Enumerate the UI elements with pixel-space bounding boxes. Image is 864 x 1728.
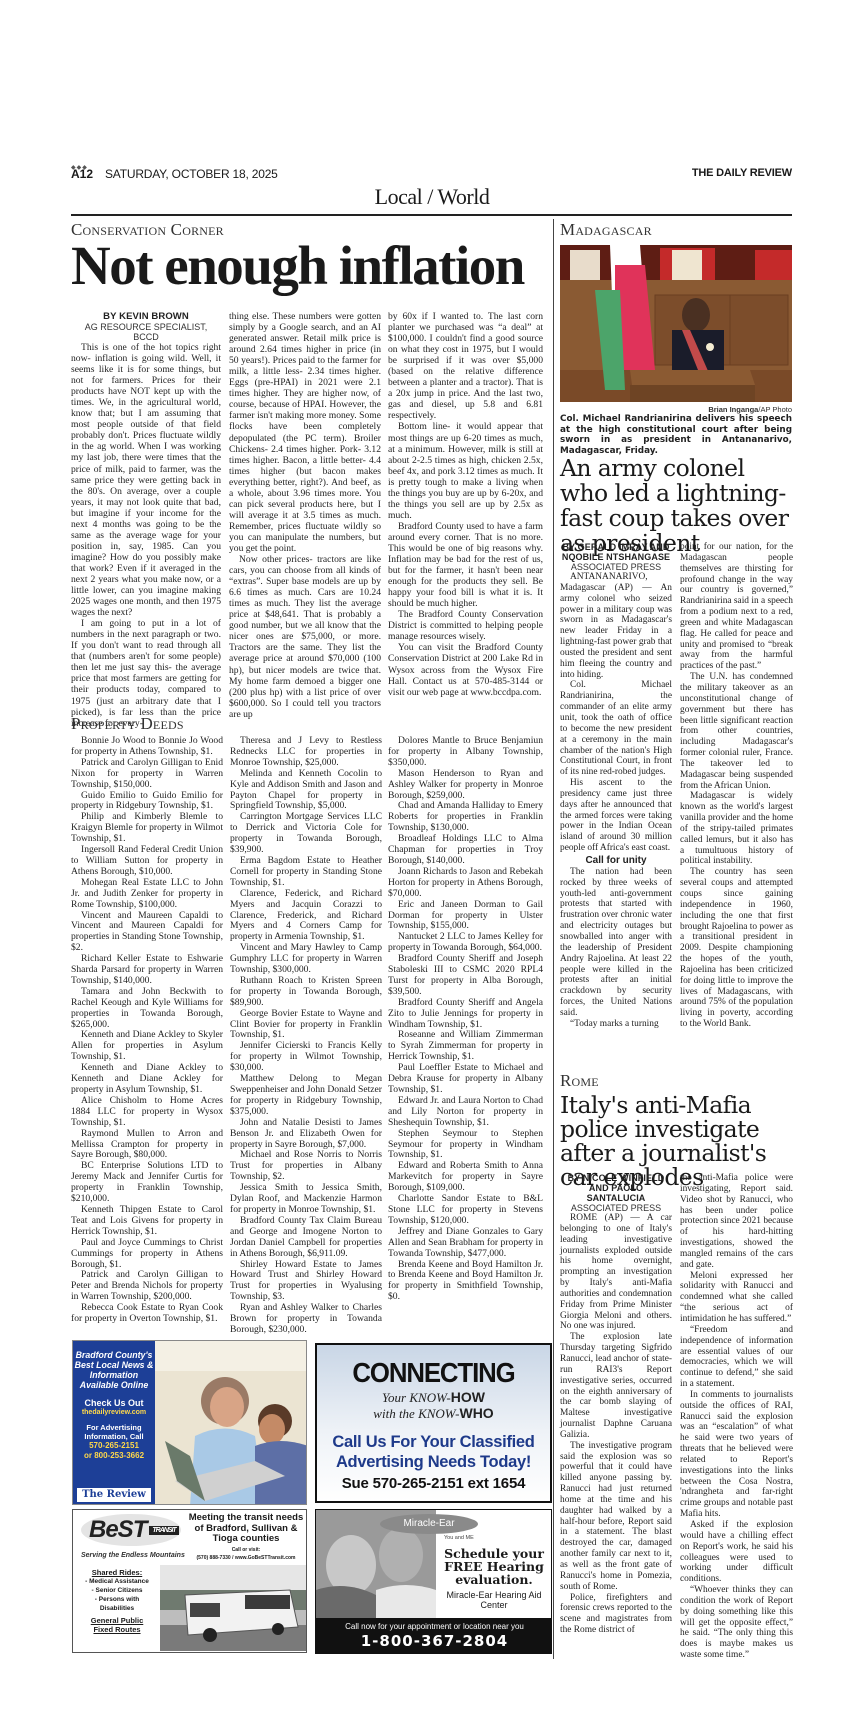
best-shared-rides: Shared Rides: - Medical Assistance - Sen… [77, 1568, 157, 1634]
ad-best-transit[interactable]: BeSTTRANSIT Serving the Endless Mountain… [72, 1509, 307, 1653]
deeds-column-2: Theresa and J Levy to Restless Rednecks … [230, 736, 382, 1336]
paragraph: by 60x if I wanted to. The last corn pla… [388, 311, 543, 421]
byline: BY KEVIN BROWN [71, 311, 221, 322]
paragraph: “Whoever thinks they can condition the w… [680, 1585, 793, 1661]
deed-entry: Rebecca Cook Estate to Ryan Cook for pro… [71, 1303, 223, 1325]
deed-entry: Theresa and J Levy to Restless Rednecks … [230, 736, 382, 769]
miracle-ear-tag: You and ME [444, 1535, 474, 1541]
paragraph: point for our nation, for the Madagascan… [680, 542, 793, 672]
article-column-3: by 60x if I wanted to. The last corn pla… [388, 311, 543, 698]
column-divider [553, 219, 554, 1659]
deed-entry: Eric and Janeen Dorman to Gail Dorman fo… [388, 900, 543, 933]
deed-entry: Jennifer Cicierski to Francis Kelly for … [230, 1041, 382, 1074]
deed-entry: George Bovier Estate to Wayne and Clint … [230, 1009, 382, 1042]
miracle-ear-call-bar: Call now for your appointment or locatio… [316, 1618, 552, 1654]
paragraph: The U.N. has condemned the military take… [680, 672, 793, 791]
rome-column-2: the anti-Mafia police were investigating… [680, 1173, 793, 1661]
miracle-ear-phone[interactable]: 1-800-367-2804 [316, 1632, 552, 1650]
best-transit-logo: BeSTTRANSIT [81, 1514, 181, 1546]
section-title: Local / World [0, 184, 864, 210]
miracle-ear-call-text: Call now for your appointment or locatio… [316, 1622, 552, 1631]
deed-entry: Guido Emilio to Guido Emilio for propert… [71, 791, 223, 813]
headline-not-enough-inflation: Not enough inflation [71, 238, 524, 293]
deed-entry: Chad and Amanda Halliday to Emery Robert… [388, 801, 543, 834]
ad-review-info-panel: Bradford County's Best Local News & Info… [73, 1341, 155, 1505]
paragraph: Bradford County used to have a farm arou… [388, 521, 543, 609]
deed-entry: Kenneth and Diane Ackley to Skyler Allen… [71, 1030, 223, 1063]
news-photo-colonel-speech [560, 245, 792, 402]
deed-entry: Bradford County Sheriff and Joseph Stabo… [388, 954, 543, 998]
paragraph: Bottom line- it would appear that most t… [388, 421, 543, 520]
deed-entry: John and Natalie Desisti to James Benson… [230, 1118, 382, 1151]
deed-entry: Melinda and Kenneth Cocolin to Kyle and … [230, 769, 382, 813]
deed-entry: Shirley Howard Estate to James Howard Tr… [230, 1260, 382, 1304]
ad-review-check: Check Us Out [73, 1398, 155, 1408]
deed-entry: Charlotte Sandor Estate to B&L Stone LLC… [388, 1194, 543, 1227]
deed-entry: Ingersoll Rand Federal Credit Union to W… [71, 845, 223, 878]
best-bus-photo [160, 1565, 306, 1651]
paragraph: This is one of the hot topics right now-… [71, 342, 221, 618]
ad-connect-call-to-action: Call Us For Your Classified Advertising … [317, 1432, 550, 1472]
deed-entry: Vincent and Mary Hawley to Camp Gumphry … [230, 943, 382, 976]
miracle-ear-logo: Miracle-Ear [380, 1514, 478, 1534]
paragraph: You can visit the Bradford County Conser… [388, 642, 543, 697]
paragraph: the anti-Mafia police were investigating… [680, 1173, 793, 1271]
ad-miracle-ear[interactable]: Miracle-Ear You and ME Schedule your FRE… [315, 1509, 552, 1654]
issue-date: SATURDAY, OCTOBER 18, 2025 [105, 167, 278, 181]
deed-entry: Roseanne and William Zimmerman to Syrah … [388, 1030, 543, 1063]
byline-org: ASSOCIATED PRESS [560, 1203, 672, 1213]
paragraph: “Freedom and independence of information… [680, 1325, 793, 1390]
paragraph: The investigative program said the explo… [560, 1441, 672, 1593]
deed-entry: Edward and Roberta Smith to Anna Markevi… [388, 1161, 543, 1194]
deed-entry: Raymond Mullen to Arron and Mellissa Cra… [71, 1129, 223, 1162]
miracle-ear-center: Miracle-Ear Hearing Aid Center [436, 1590, 552, 1610]
ad-review-advertising: For Advertising Information, Call [73, 1423, 155, 1441]
deed-entry: Mohegan Real Estate LLC to John Jr. and … [71, 878, 223, 911]
paragraph: thing else. These numbers were gotten si… [229, 311, 381, 554]
kicker-madagascar: Madagascar [560, 220, 652, 240]
paragraph: I am going to put in a lot of numbers in… [71, 618, 221, 728]
paragraph: The country has seen several coups and a… [680, 867, 793, 1030]
paper-name: THE DAILY REVIEW [692, 167, 792, 179]
paragraph: The explosion late Thursday targeting Si… [560, 1332, 672, 1440]
best-call-visit: Call or visit: [185, 1547, 307, 1553]
deed-entry: Patrick and Carolyn Gilligan to Enid Nix… [71, 758, 223, 791]
ad-review-phone-1: 570-265-2151 [73, 1441, 155, 1451]
deed-entry: Tamara and John Beckwith to Rachel Keoug… [71, 987, 223, 1031]
deed-entry: Bradford County Tax Claim Bureau and Geo… [230, 1216, 382, 1260]
headline-madagascar: An army colonel who led a lightning-fast… [560, 456, 796, 556]
deed-entry: Joann Richards to Jason and Rebekah Hort… [388, 867, 543, 900]
deed-entry: Carrington Mortgage Services LLC to Derr… [230, 812, 382, 856]
deed-entry: Philip and Kimberly Blemle to Kraigyn Bl… [71, 812, 223, 845]
deeds-column-3: Dolores Mantle to Bruce Benjamiun for pr… [388, 736, 543, 1303]
deed-entry: Clarence, Federick, and Richard Myers an… [230, 889, 382, 944]
deed-entry: Broadleaf Holdings LLC to Alma Chapman f… [388, 834, 543, 867]
deed-entry: Ryan and Ashley Walker to Charles Brown … [230, 1303, 382, 1336]
deed-entry: Jessica Smith to Jessica Smith, Dylan Ro… [230, 1183, 382, 1216]
deeds-column-1: Bonnie Jo Wood to Bonnie Jo Wood for pro… [71, 736, 223, 1325]
deed-entry: Paul and Joyce Cummings to Christ Cummin… [71, 1238, 223, 1271]
deed-entry: Ruthann Roach to Kristen Spreen for prop… [230, 976, 382, 1009]
ad-connect-knowhow: Your KNOW-HOW with the KNOW-WHO [317, 1389, 550, 1421]
madagascar-column-2: point for our nation, for the Madagascan… [680, 542, 793, 1030]
paragraph: Asked if the explosion would have a chil… [680, 1520, 793, 1585]
best-contact[interactable]: (570) 888-7330 / www.GoBeSTTransit.com [185, 1555, 307, 1561]
paragraph: Col. Michael Randrianirina, the commande… [560, 680, 672, 778]
header-rule [71, 214, 792, 216]
article-column-2: thing else. These numbers were gotten si… [229, 311, 381, 720]
paragraph: His ascent to the presidency came just t… [560, 778, 672, 854]
deed-entry: Richard Keller Estate to Eshwarie Sharda… [71, 954, 223, 987]
deed-entry: Edward Jr. and Laura Norton to Chad and … [388, 1096, 543, 1129]
ad-review-phone-2: or 800-253-3662 [73, 1451, 155, 1461]
best-serving: Serving the Endless Mountains [81, 1552, 185, 1559]
the-review-logo: The Review [77, 1488, 151, 1502]
deed-entry: Michael and Rose Norris to Norris Trust … [230, 1150, 382, 1183]
kicker-rome: Rome [560, 1071, 599, 1091]
paragraph: The Bradford County Conservation Distric… [388, 609, 543, 642]
deed-entry: Alice Chisholm to Home Acres 1884 LLC fo… [71, 1096, 223, 1129]
paragraph: ANTANANARIVO, Madagascar (AP) — An army … [560, 572, 672, 680]
ad-review-url[interactable]: thedailyreview.com [73, 1409, 155, 1416]
subhead-call-for-unity: Call for unity [560, 855, 672, 866]
ad-daily-review[interactable]: Bradford County's Best Local News & Info… [72, 1340, 307, 1505]
deed-entry: Patrick and Carolyn Gilligan to Peter an… [71, 1270, 223, 1303]
ad-connect-title: CONNECTING [326, 1357, 540, 1389]
byline-org: ASSOCIATED PRESS [560, 562, 672, 572]
deed-entry: Dolores Mantle to Bruce Benjamiun for pr… [388, 736, 543, 769]
deed-entry: Kenneth and Diane Ackley to Kenneth and … [71, 1063, 223, 1096]
kicker-property-deeds: Property Deeds [71, 714, 184, 734]
paragraph: “Today marks a turning [560, 1019, 672, 1030]
photo-caption: Col. Michael Randrianirina delivers his … [560, 414, 792, 456]
deed-entry: Mason Henderson to Ryan and Ashley Walke… [388, 769, 543, 802]
paragraph: Meloni expressed her solidarity with Ran… [680, 1271, 793, 1325]
deed-entry: Paul Loeffler Estate to Michael and Debr… [388, 1063, 543, 1096]
deed-entry: Nantucket 2 LLC to James Kelley for prop… [388, 932, 543, 954]
deed-entry: Bonnie Jo Wood to Bonnie Jo Wood for pro… [71, 736, 223, 758]
best-headline: Meeting the transit needs of Bradford, S… [185, 1513, 307, 1545]
article-column-1: BY KEVIN BROWN AG RESOURCE SPECIALIST, B… [71, 311, 221, 729]
photo-credit: Brian Inganga/AP Photo [560, 405, 792, 414]
deed-entry: Matthew Delong to Megan Sweppenheiser an… [230, 1074, 382, 1118]
deed-entry: Stephen Seymour to Stephen Seymour for p… [388, 1129, 543, 1162]
ad-review-photo-grandmother-laptop [155, 1341, 307, 1505]
paragraph: ROME (AP) — A car belonging to one of It… [560, 1213, 672, 1332]
paragraph: The nation had been rocked by three week… [560, 867, 672, 1019]
ad-connecting-classifieds[interactable]: CONNECTING Your KNOW-HOW with the KNOW-W… [315, 1343, 552, 1503]
miracle-ear-schedule: Schedule your FREE Hearing evaluation. [436, 1547, 552, 1586]
byline: BY GERALD IMRAY AND NQOBILE NTSHANGASE [560, 542, 672, 562]
rome-column-1: BY NICOLE WINFIELD AND PAOLO SANTALUCIA … [560, 1173, 672, 1636]
deed-entry: Bradford County Sheriff and Angela Zito … [388, 998, 543, 1031]
paragraph: In comments to journalists outside the o… [680, 1390, 793, 1520]
deed-entry: Vincent and Maureen Capaldi to Vincent a… [71, 911, 223, 955]
ad-review-tagline: Bradford County's Best Local News & Info… [73, 1350, 155, 1390]
paragraph: Police, firefighters and forensic crews … [560, 1593, 672, 1636]
deed-entry: Jeffrey and Diane Gonzales to Gary Allen… [388, 1227, 543, 1260]
ad-connect-contact: Sue 570-265-2151 ext 1654 [317, 1475, 550, 1492]
deed-entry: Kenneth Thipgen Estate to Carol Teat and… [71, 1205, 223, 1238]
paragraph: Now other prices- tractors are like cars… [229, 554, 381, 720]
deed-entry: Erma Bagdom Estate to Heather Cornell fo… [230, 856, 382, 889]
deed-entry: Brenda Keene and Boyd Hamilton Jr. to Br… [388, 1260, 543, 1304]
paragraph: Madagascar is widely known as the world'… [680, 791, 793, 867]
deed-entry: BC Enterprise Solutions LTD to Jeremy Ma… [71, 1161, 223, 1205]
byline-title: AG RESOURCE SPECIALIST, BCCD [71, 322, 221, 342]
byline: BY NICOLE WINFIELD AND PAOLO SANTALUCIA [560, 1173, 672, 1203]
page-number: A12 [71, 167, 93, 181]
madagascar-column-1: BY GERALD IMRAY AND NQOBILE NTSHANGASE A… [560, 542, 672, 1030]
